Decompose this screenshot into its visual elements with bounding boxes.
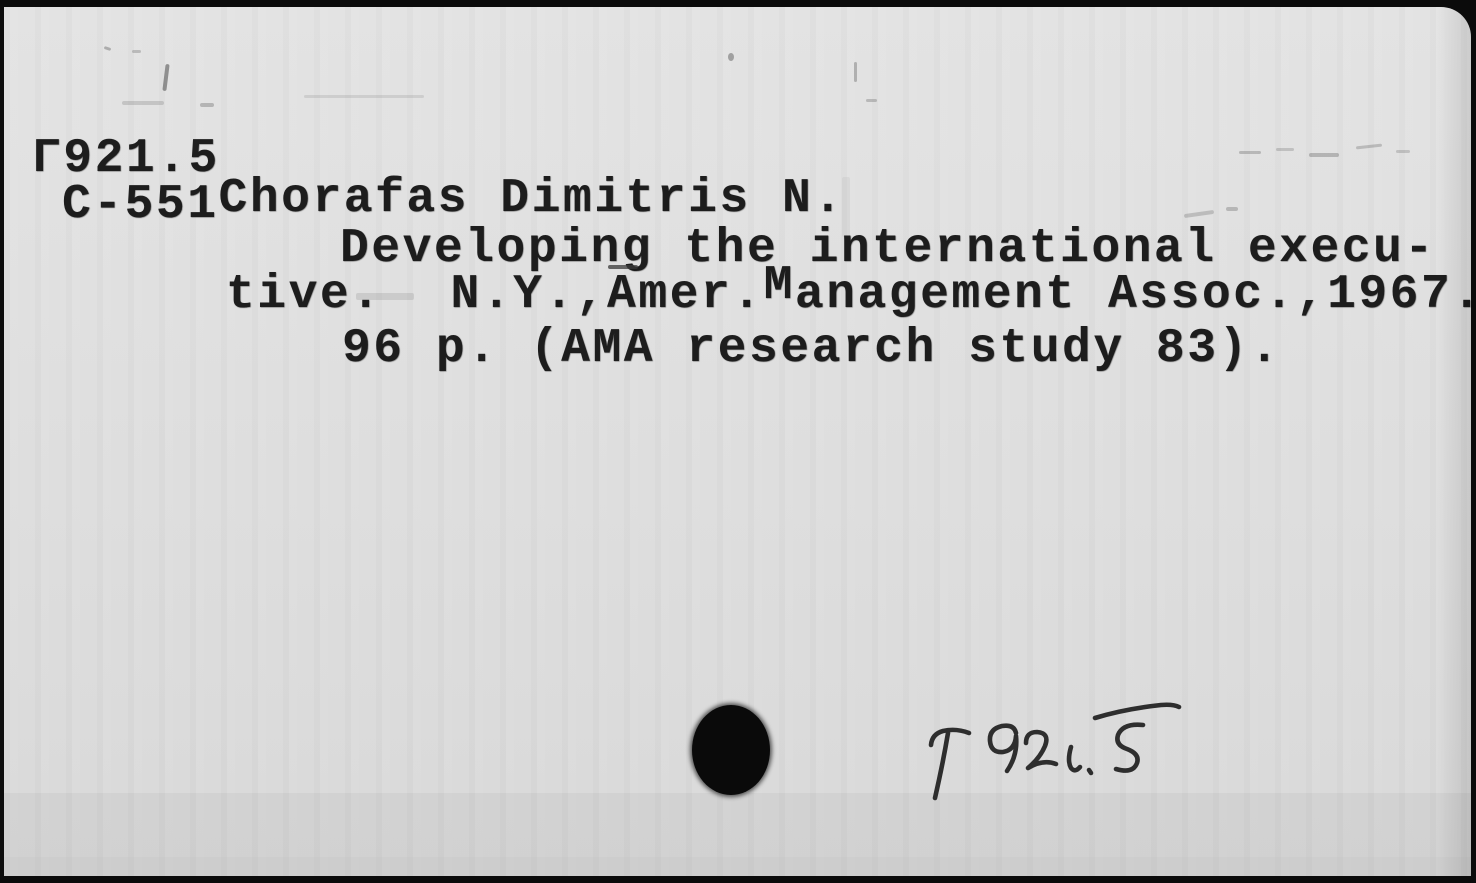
noise-mark [200,103,214,107]
author-name: Chorafas Dimitris N. [219,172,845,226]
pen-stroke-five-bar [1095,705,1179,718]
scan-shading-band-lower [4,857,1471,876]
pen-stroke-five-body [1116,725,1143,771]
noise-mark [1276,148,1294,151]
noise-mark [122,101,164,105]
noise-mark [304,95,424,98]
noise-mark [104,46,112,51]
pen-stroke-gamma-stem [935,733,948,798]
noise-mark [1356,144,1382,150]
call-number-line2: C-551 [62,181,219,229]
pen-stroke-nine [990,726,1016,771]
imprint-publisher-year: anagement Assoc.,1967. [795,268,1476,322]
noise-mark [1396,150,1410,153]
imprint-line: tive.N.Y.,Amer.Management Assoc.,1967. [226,271,1476,319]
title-line1: Developing the international execu- [340,225,1436,273]
hole-punch-dot-icon [692,705,770,795]
scan-shading-band [4,793,1471,857]
scanned-catalog-card: Γ921.5 C-551Chorafas Dimitris N. Develop… [0,0,1476,883]
noise-mark [132,50,141,53]
noise-mark [1184,210,1214,218]
pen-stroke-point [1089,770,1091,773]
noise-mark [728,53,734,61]
pen-stroke-one [1069,747,1080,770]
author-line: C-551Chorafas Dimitris N. [62,175,845,223]
handwritten-call-number [919,693,1199,811]
noise-mark [854,62,857,82]
noise-mark [162,64,169,91]
pen-stroke-two [1026,732,1056,768]
noise-mark [1239,151,1261,154]
catalog-card: Γ921.5 C-551Chorafas Dimitris N. Develop… [4,7,1471,876]
noise-mark [1226,207,1238,211]
collation-line: 96 p. (AMA research study 83). [342,325,1281,373]
imprint-place-publisher: N.Y.,Amer. [451,268,764,322]
title-line2-start: tive. [226,268,383,322]
noise-mark [866,99,877,102]
overline-artifact [608,265,638,269]
imprint-raised-letter: M [764,262,795,310]
noise-mark [1309,153,1339,157]
